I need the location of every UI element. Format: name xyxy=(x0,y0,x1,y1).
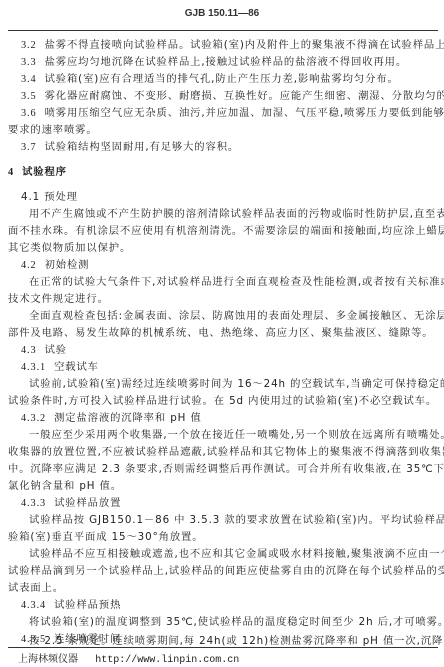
clause-number: 3.3 xyxy=(21,56,37,70)
line-text: 面不挂水珠。有机涂层不应使用有机溶剂清洗。不需要涂层的端面和接触面,均应涂上蜡层… xyxy=(8,225,444,237)
line-text: 其它类似物质加以保护。 xyxy=(8,242,131,254)
line-text: 试表面上。 xyxy=(8,582,64,594)
text-line: 4.3.2测定盐溶液的沉降率和 pH 值 xyxy=(21,411,202,426)
line-text: 空载试车 xyxy=(54,361,99,373)
clause-number: 4.3.1 xyxy=(21,361,46,375)
line-text: 在正常的试验大气条件下,对试验样品进行全面直观检查及性能检测,或者按有关标准或 xyxy=(29,276,444,288)
page-footer: 上海林频仪器 http://www.linpin.com.cn xyxy=(18,650,239,666)
clause-number: 3.7 xyxy=(21,141,37,155)
line-text: 氯化钠含量和 pH 值。 xyxy=(8,480,122,492)
text-line: 其它类似物质加以保护。 xyxy=(8,241,131,255)
text-line: 4.3.3试验样品放置 xyxy=(21,496,121,511)
clause-number: 4 xyxy=(8,166,14,180)
text-line: 试验样品滴到另一个试验样品上,试验样品的间距应使盐雾自由的沉降在每个试验样品的受 xyxy=(8,564,444,578)
line-text: 试验前,试验箱(室)需经过连续喷雾时间为 16～24h 的空载试车,当确定可保持… xyxy=(29,378,444,390)
line-text: 验箱(室)垂直平面成 15～30°角放置。 xyxy=(8,531,203,543)
text-line: 要求的速率喷雾。 xyxy=(8,123,98,137)
text-line: 3.7试验箱结构坚固耐用,有足够大的容积。 xyxy=(21,140,239,155)
clause-number: 3.5 xyxy=(21,90,37,104)
text-line: 3.4试验箱(室)应有合理适当的排气孔,防止产生压力差,影响盐雾均匀分布。 xyxy=(21,72,399,87)
document-page: GJB 150.11—86 3.2盐雾不得直接喷向试验样品。试验箱(室)内及附件… xyxy=(0,0,444,667)
line-text: 试验样品不应互相接触或遮盖,也不应和其它金属或吸水材料接触,聚集液滴不应由一个 xyxy=(29,548,444,560)
footer-rule xyxy=(8,647,438,648)
line-text: 试验样品预热 xyxy=(54,599,121,611)
line-text: 4.1 预处理 xyxy=(21,191,78,203)
text-line: 试验样品按 GJB150.1－86 中 3.5.3 款的要求放置在试验箱(室)内… xyxy=(29,513,444,527)
line-text: 技术文件规定进行。 xyxy=(8,293,109,305)
text-line: 面不挂水珠。有机涂层不应使用有机溶剂清洗。不需要涂层的端面和接触面,均应涂上蜡层… xyxy=(8,224,444,238)
text-line: 4.3试验 xyxy=(21,343,67,358)
text-line: 技术文件规定进行。 xyxy=(8,292,109,306)
clause-number: 4.3 xyxy=(21,344,37,358)
clause-number: 4.2 xyxy=(21,259,37,273)
text-line: 部件及电路、易发生故障的机械系统、电、热绝缘、高应力区、聚集盐液区、缝隙等。 xyxy=(8,326,433,340)
line-text: 试验 xyxy=(45,344,67,356)
clause-number: 4.3.4 xyxy=(21,599,46,613)
clause-number: 4.3.2 xyxy=(21,412,46,426)
line-text: 试验样品滴到另一个试验样品上,试验样品的间距应使盐雾自由的沉降在每个试验样品的受 xyxy=(8,565,444,577)
line-text: 试验样品放置 xyxy=(54,497,121,509)
clause-number: 3.4 xyxy=(21,73,37,87)
text-line: 收集器的放置位置,不应被试验样品遮蔽,试验样品和其它物体上的聚集液不得滴落到收集… xyxy=(8,445,444,459)
line-text: 盐雾应均匀地沉降在试验样品上,接触过试验样品的盐溶液不得回收再用。 xyxy=(45,56,407,68)
footer-company: 上海林频仪器 xyxy=(18,654,78,665)
clause-number: 3.2 xyxy=(21,39,37,53)
text-line: 试验条件时,方可投入试验样品进行试验。在 5d 内使用过的试验箱(室)不必空载试… xyxy=(8,394,437,408)
text-line-last: 按 2.5 条规定。连续喷雾期间,每 24h(或 12h)检测盐雾沉降率和 pH… xyxy=(29,634,444,648)
text-line: 3.6喷雾用压缩空气应无杂质、油污,并应加温、加湿、气压平稳,喷雾压力要低到能够… xyxy=(21,106,444,121)
text-line: 试表面上。 xyxy=(8,581,64,595)
line-text: 一般应至少采用两个收集器,一个放在接近任一喷嘴处,另一个则放在远离所有喷嘴处。 xyxy=(29,429,444,441)
footer-url-link[interactable]: http://www.linpin.com.cn xyxy=(95,655,239,666)
text-line: 4.3.1空载试车 xyxy=(21,360,99,375)
text-line: 用不产生腐蚀或不产生防护膜的溶剂清除试验样品表面的污物或临时性防护层,直至表 xyxy=(29,207,444,221)
text-line: 一般应至少采用两个收集器,一个放在接近任一喷嘴处,另一个则放在远离所有喷嘴处。 xyxy=(29,428,444,442)
document-code-header: GJB 150.11—86 xyxy=(0,8,444,19)
line-text: 要求的速率喷雾。 xyxy=(8,124,98,136)
clause-number: 4.3.3 xyxy=(21,497,46,511)
text-line: 3.5雾化器应耐腐蚀、不变形、耐磨损、互换性好。应能产生细密、潮湿、分散均匀的盐… xyxy=(21,89,444,104)
text-line: 4.1 预处理 xyxy=(21,190,78,204)
line-text: 全面直观检查包括:金属表面、涂层、防腐蚀用的表面处理层、多金属接触区、无涂层电子 xyxy=(29,310,444,322)
text-line: 4试验程序 xyxy=(8,165,67,180)
text-line: 4.2初始检测 xyxy=(21,258,89,273)
line-text: 试验样品按 GJB150.1－86 中 3.5.3 款的要求放置在试验箱(室)内… xyxy=(29,514,444,526)
line-text: 喷雾用压缩空气应无杂质、油污,并应加温、加湿、气压平稳,喷雾压力要低到能够按所 xyxy=(45,107,444,119)
text-line: 试验样品不应互相接触或遮盖,也不应和其它金属或吸水材料接触,聚集液滴不应由一个 xyxy=(29,547,444,561)
line-text: 将试验箱(室)的温度调整到 35℃,使试验样品的温度稳定时间至少 2h 后,才可… xyxy=(29,616,444,628)
line-text: 测定盐溶液的沉降率和 pH 值 xyxy=(54,412,202,424)
line-text: 收集器的放置位置,不应被试验样品遮蔽,试验样品和其它物体上的聚集液不得滴落到收集… xyxy=(8,446,444,458)
text-line: 在正常的试验大气条件下,对试验样品进行全面直观检查及性能检测,或者按有关标准或 xyxy=(29,275,444,289)
text-line: 3.3盐雾应均匀地沉降在试验样品上,接触过试验样品的盐溶液不得回收再用。 xyxy=(21,55,407,70)
line-text: 中。沉降率应满足 2.3 条要求,否则需经调整后再作测试。可合并所有收集液,在 … xyxy=(8,463,444,475)
line-text: 盐雾不得直接喷向试验样品。试验箱(室)内及附件上的聚集液不得滴在试验样品上。 xyxy=(45,39,444,51)
line-text: 用不产生腐蚀或不产生防护膜的溶剂清除试验样品表面的污物或临时性防护层,直至表 xyxy=(29,208,444,220)
line-text: 初始检测 xyxy=(45,259,90,271)
text-line: 3.2盐雾不得直接喷向试验样品。试验箱(室)内及附件上的聚集液不得滴在试验样品上… xyxy=(21,38,444,53)
line-text: 雾化器应耐腐蚀、不变形、耐磨损、互换性好。应能产生细密、潮湿、分散均匀的盐雾。 xyxy=(45,90,444,102)
line-text: 试验条件时,方可投入试验样品进行试验。在 5d 内使用过的试验箱(室)不必空载试… xyxy=(8,395,437,407)
clause-number: 3.6 xyxy=(21,107,37,121)
text-line: 将试验箱(室)的温度调整到 35℃,使试验样品的温度稳定时间至少 2h 后,才可… xyxy=(29,615,444,629)
line-text: 试验程序 xyxy=(22,166,67,178)
text-line: 氯化钠含量和 pH 值。 xyxy=(8,479,122,493)
text-line: 全面直观检查包括:金属表面、涂层、防腐蚀用的表面处理层、多金属接触区、无涂层电子 xyxy=(29,309,444,323)
line-text: 试验箱(室)应有合理适当的排气孔,防止产生压力差,影响盐雾均匀分布。 xyxy=(45,73,399,85)
line-text: 部件及电路、易发生故障的机械系统、电、热绝缘、高应力区、聚集盐液区、缝隙等。 xyxy=(8,327,433,339)
text-line: 试验前,试验箱(室)需经过连续喷雾时间为 16～24h 的空载试车,当确定可保持… xyxy=(29,377,444,391)
text-line: 中。沉降率应满足 2.3 条要求,否则需经调整后再作测试。可合并所有收集液,在 … xyxy=(8,462,444,476)
text-line: 4.3.4试验样品预热 xyxy=(21,598,121,613)
line-text: 试验箱结构坚固耐用,有足够大的容积。 xyxy=(45,141,240,153)
text-line: 验箱(室)垂直平面成 15～30°角放置。 xyxy=(8,530,203,544)
header-rule xyxy=(8,30,438,31)
